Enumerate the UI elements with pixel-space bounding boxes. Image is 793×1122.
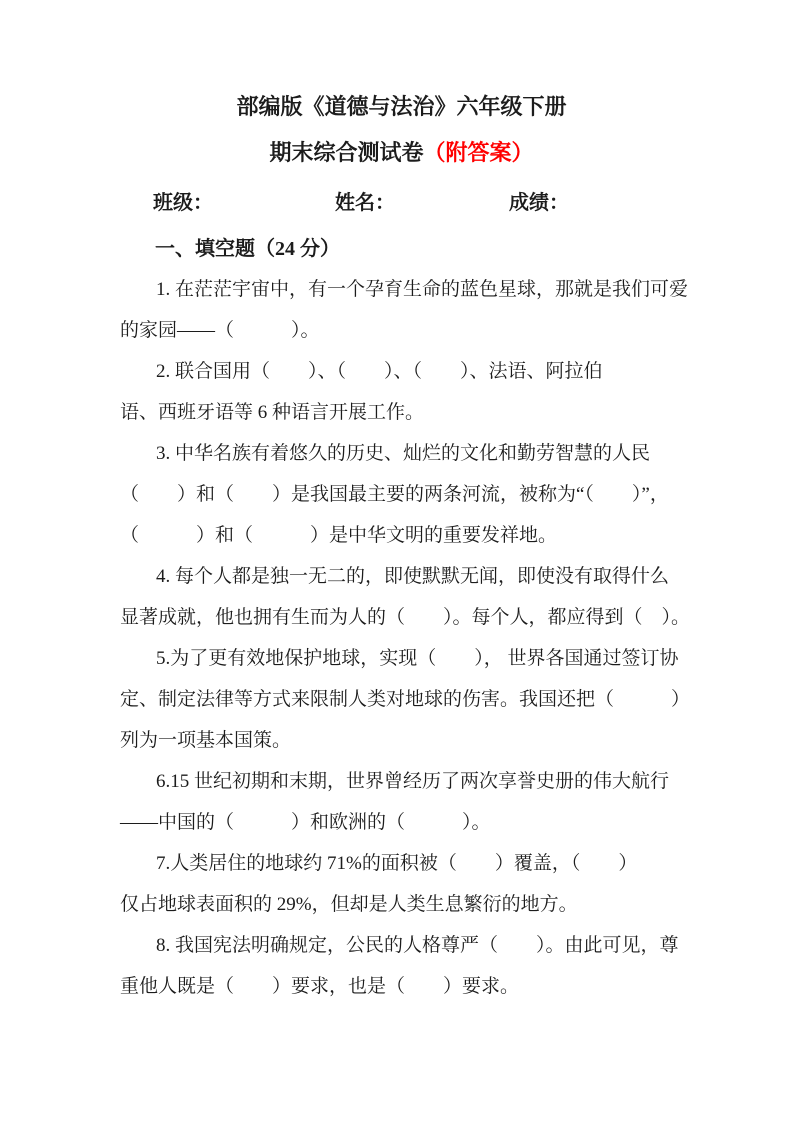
question-line: 7.人类居住的地球约 71%的面积被（ ）覆盖，（ ） [120, 843, 683, 884]
section-heading-fill-in-blanks: 一、填空题（24 分） [155, 234, 683, 264]
question-line: 8. 我国宪法明确规定，公民的人格尊严（ ）。由此可见，尊 [120, 925, 683, 966]
question-line: 的家园——（ ）。 [120, 310, 683, 351]
question-2: 2. 联合国用（ ）、（ ）、（ ）、法语、阿拉伯 语、西班牙语等 6 种语言开… [120, 351, 683, 433]
subtitle-answer-tag: （附答案） [424, 140, 534, 165]
document-page: 部编版《道德与法治》六年级下册 期末综合测试卷（附答案） 班级： 姓名： 成绩：… [0, 0, 793, 1122]
document-title: 部编版《道德与法治》六年级下册 [120, 94, 683, 120]
question-line: 5.为了更有效地保护地球，实现（ ）， 世界各国通过签订协 [120, 638, 683, 679]
question-line: 显著成就，他也拥有生而为人的（ ）。每个人，都应得到（ ）。 [120, 597, 683, 638]
document-subtitle: 期末综合测试卷（附答案） [120, 140, 683, 166]
question-line: 4. 每个人都是独一无二的，即使默默无闻，即使没有取得什么 [120, 556, 683, 597]
question-line: ——中国的（ ）和欧洲的（ ）。 [120, 802, 683, 843]
question-line: 仅占地球表面积的 29%，但却是人类生息繁衍的地方。 [120, 884, 683, 925]
question-line: 列为一项基本国策。 [120, 720, 683, 761]
question-line: 6.15 世纪初期和末期，世界曾经历了两次享誉史册的伟大航行 [120, 761, 683, 802]
question-line: 重他人既是（ ）要求，也是（ ）要求。 [120, 966, 683, 1007]
question-line: 2. 联合国用（ ）、（ ）、（ ）、法语、阿拉伯 [120, 351, 683, 392]
student-info-row: 班级： 姓名： 成绩： [120, 190, 683, 216]
subtitle-main: 期末综合测试卷 [269, 140, 423, 165]
question-line: 1. 在茫茫宇宙中，有一个孕育生命的蓝色星球，那就是我们可爱 [120, 269, 683, 310]
question-line: 定、制定法律等方式来限制人类对地球的伤害。我国还把（ ） [120, 679, 683, 720]
question-list: 1. 在茫茫宇宙中，有一个孕育生命的蓝色星球，那就是我们可爱 的家园——（ ）。… [120, 269, 683, 1007]
score-label: 成绩： [509, 192, 569, 214]
question-5: 5.为了更有效地保护地球，实现（ ）， 世界各国通过签订协 定、制定法律等方式来… [120, 638, 683, 761]
question-4: 4. 每个人都是独一无二的，即使默默无闻，即使没有取得什么 显著成就，他也拥有生… [120, 556, 683, 638]
question-line: 3. 中华名族有着悠久的历史、灿烂的文化和勤劳智慧的人民 [120, 433, 683, 474]
question-8: 8. 我国宪法明确规定，公民的人格尊严（ ）。由此可见，尊 重他人既是（ ）要求… [120, 925, 683, 1007]
question-line: 语、西班牙语等 6 种语言开展工作。 [120, 392, 683, 433]
question-6: 6.15 世纪初期和末期，世界曾经历了两次享誉史册的伟大航行 ——中国的（ ）和… [120, 761, 683, 843]
question-line: （ ）和（ ）是我国最主要的两条河流，被称为“（ ）”， [120, 474, 683, 515]
question-line: （ ）和（ ）是中华文明的重要发祥地。 [120, 515, 683, 556]
question-1: 1. 在茫茫宇宙中，有一个孕育生命的蓝色星球，那就是我们可爱 的家园——（ ）。 [120, 269, 683, 351]
question-3: 3. 中华名族有着悠久的历史、灿烂的文化和勤劳智慧的人民 （ ）和（ ）是我国最… [120, 433, 683, 556]
class-label: 班级： [153, 192, 213, 214]
name-label: 姓名： [335, 192, 395, 214]
question-7: 7.人类居住的地球约 71%的面积被（ ）覆盖，（ ） 仅占地球表面积的 29%… [120, 843, 683, 925]
